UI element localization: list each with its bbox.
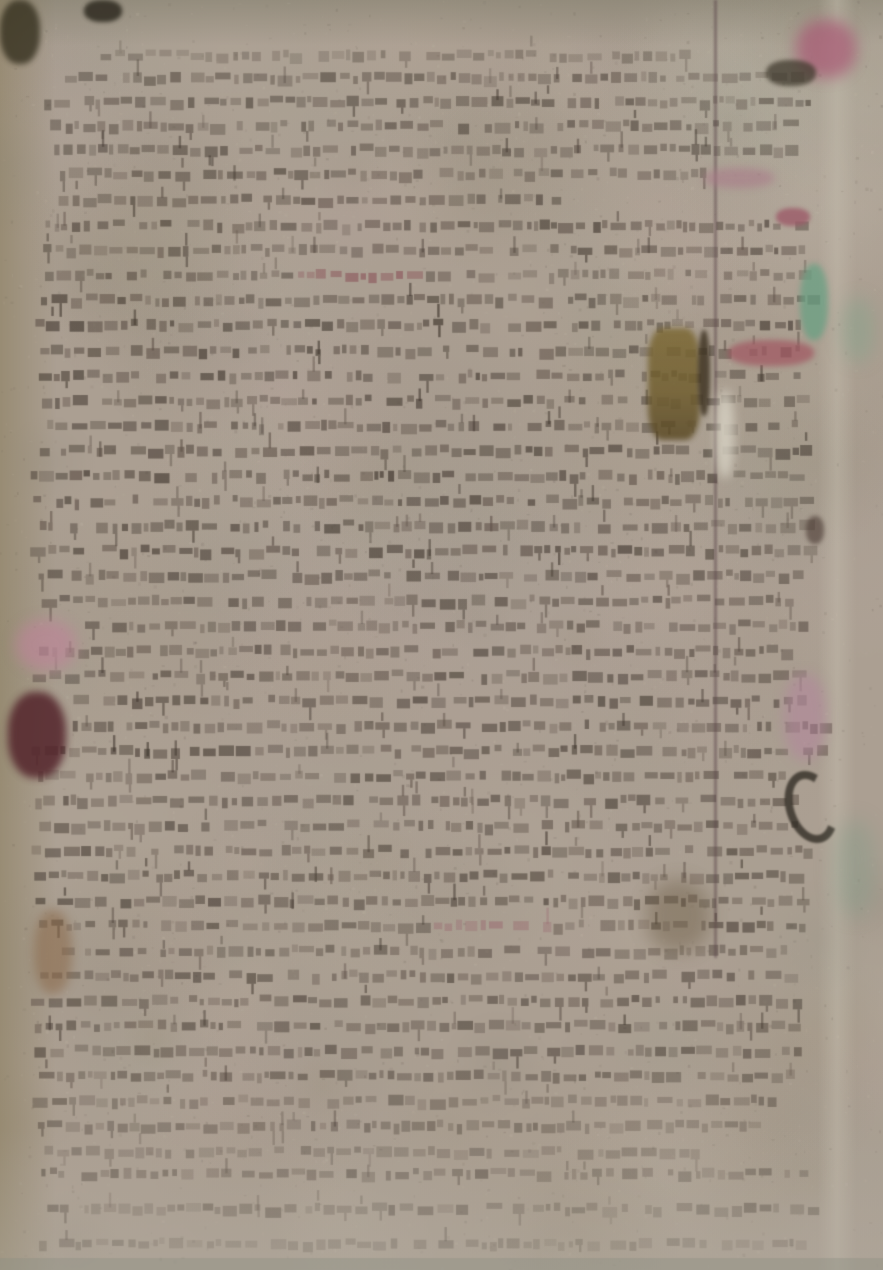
ink-blotch-dark-red-left	[8, 692, 66, 778]
crease-highlight	[716, 390, 734, 478]
manuscript-page-photo	[0, 0, 883, 1270]
ink-spot-right-margin	[806, 516, 824, 544]
stain-brown-mid-right	[646, 880, 710, 952]
ink-spot-top-edge	[84, 0, 122, 22]
stain-brown-left	[34, 910, 72, 994]
initial-dark-stroke	[698, 330, 710, 416]
green-initial-right	[800, 264, 828, 340]
ink-crescent-right	[776, 764, 846, 850]
rubric-faded-pink-right	[704, 168, 774, 188]
ink-marks-corner-top-left	[0, 0, 40, 64]
rubric-pink-right-column	[784, 674, 826, 760]
green-tinge-bottom-right	[834, 820, 876, 916]
ink-marks-below-pink-stain	[766, 60, 816, 86]
rubric-red-text-right	[728, 340, 814, 366]
rubric-red-word-right	[776, 208, 810, 226]
pink-smudge-left-margin	[16, 620, 76, 670]
illuminated-initial-gold	[648, 328, 700, 440]
green-tinge-right-edge	[842, 298, 874, 362]
decoration-layer	[0, 0, 883, 1270]
